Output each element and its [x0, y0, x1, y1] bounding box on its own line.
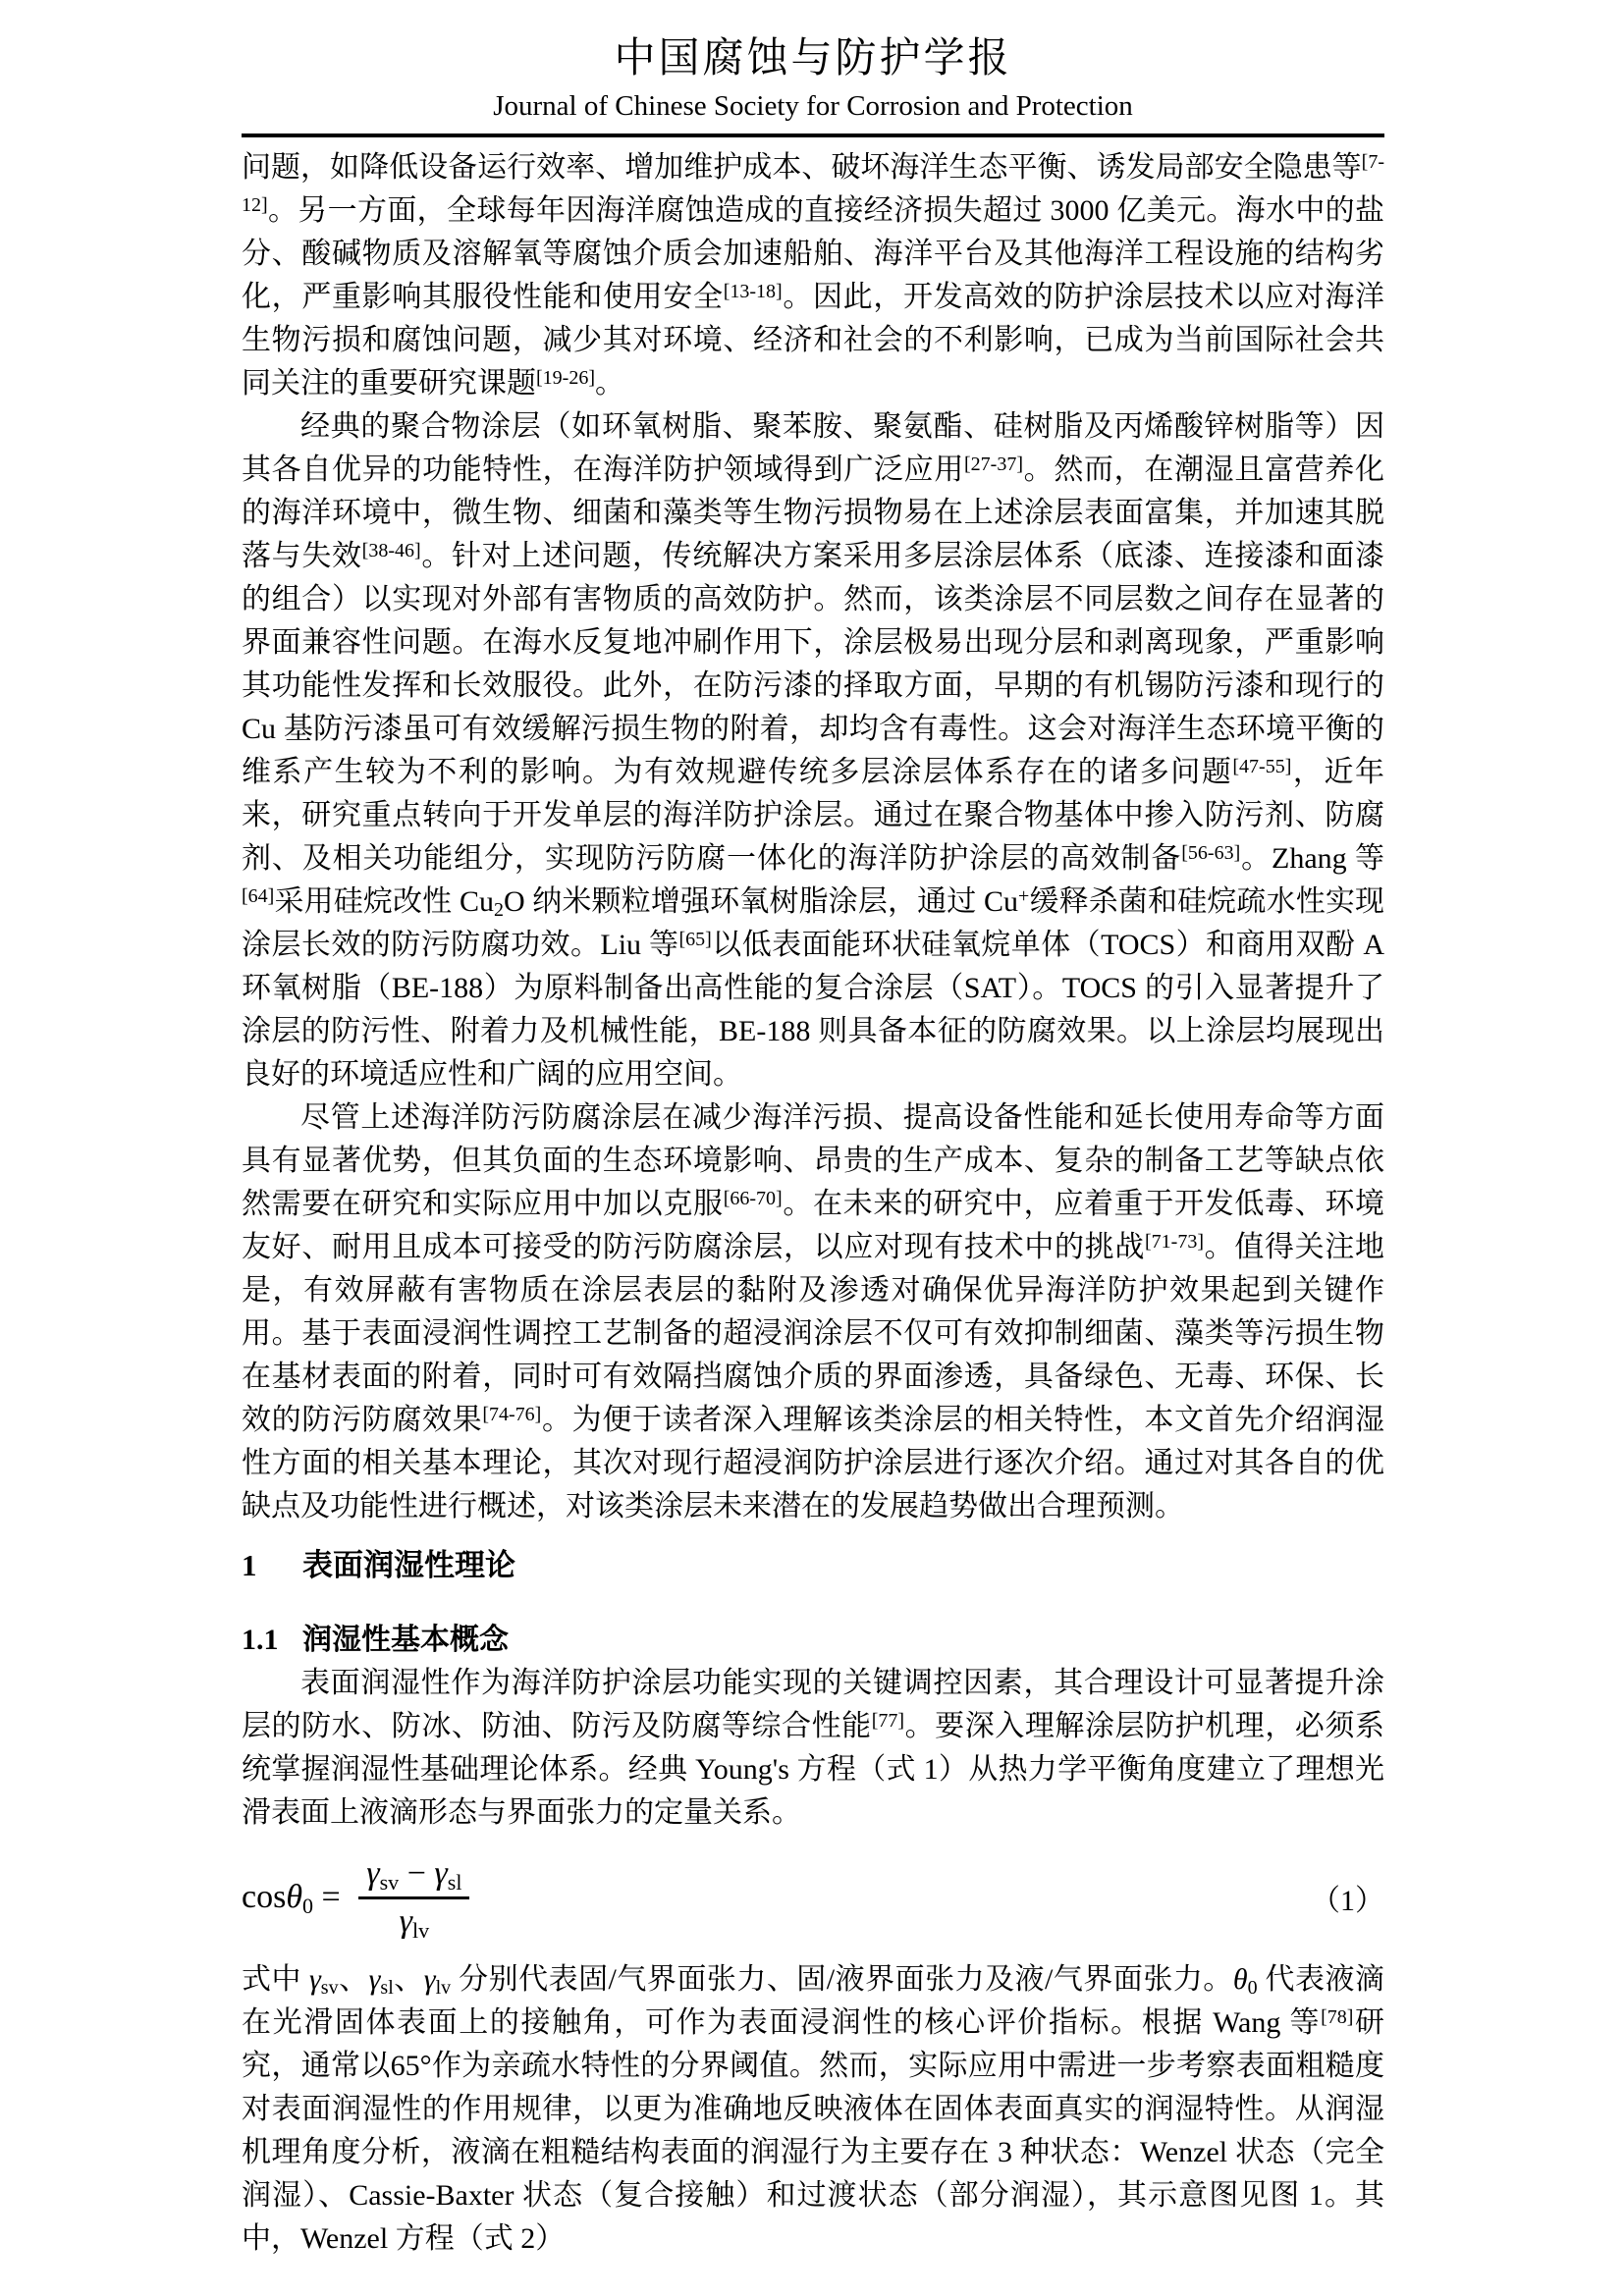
fraction-denominator: γlv [358, 1899, 469, 1941]
equation-1-block: cosθ0 = γsv − γsl γlv （1） [242, 1850, 1384, 1945]
section-1-title: 表面润湿性理论 [302, 1548, 515, 1582]
paragraph-equation-explanation: 式中 γsv、γsl、γlv 分别代表固/气界面张力、固/液界面张力及液/气界面… [242, 1958, 1384, 2261]
section-1-1-heading: 1.1润湿性基本概念 [242, 1619, 1384, 1662]
header-divider [242, 133, 1384, 137]
journal-title-english: Journal of Chinese Society for Corrosion… [242, 88, 1384, 124]
fraction-numerator: γsv − γsl [358, 1855, 469, 1899]
paragraph-drawbacks-and-superwetting: 尽管上述海洋防污防腐涂层在减少海洋污损、提高设备性能和延长使用寿命等方面具有显著… [242, 1096, 1384, 1528]
section-1-1-title: 润湿性基本概念 [302, 1624, 509, 1656]
section-1-number: 1 [242, 1544, 302, 1587]
section-1-1-number: 1.1 [242, 1619, 302, 1662]
journal-header: 中国腐蚀与防护学报 Journal of Chinese Society for… [242, 33, 1384, 137]
paper-page: 中国腐蚀与防护学报 Journal of Chinese Society for… [0, 0, 1624, 2296]
page-content: 中国腐蚀与防护学报 Journal of Chinese Society for… [0, 0, 1624, 2261]
equation-lhs: cosθ0 = [242, 1879, 349, 1916]
paragraph-wettability-intro: 表面润湿性作为海洋防护涂层功能实现的关键调控因素，其合理设计可显著提升涂层的防水… [242, 1662, 1384, 1835]
paragraph-classic-polymer-coatings: 经典的聚合物涂层（如环氧树脂、聚苯胺、聚氨酯、硅树脂及丙烯酸锌树脂等）因其各自优… [242, 405, 1384, 1096]
journal-title-chinese: 中国腐蚀与防护学报 [242, 33, 1384, 84]
section-1-heading: 1表面润湿性理论 [242, 1544, 1384, 1587]
young-equation: cosθ0 = γsv − γsl γlv [242, 1855, 469, 1941]
paragraph-page-continuation: 问题，如降低设备运行效率、增加维护成本、破坏海洋生态平衡、诱发局部安全隐患等[7… [242, 146, 1384, 405]
equation-number: （1） [1311, 1876, 1384, 1919]
equation-fraction: γsv − γsl γlv [358, 1855, 469, 1941]
